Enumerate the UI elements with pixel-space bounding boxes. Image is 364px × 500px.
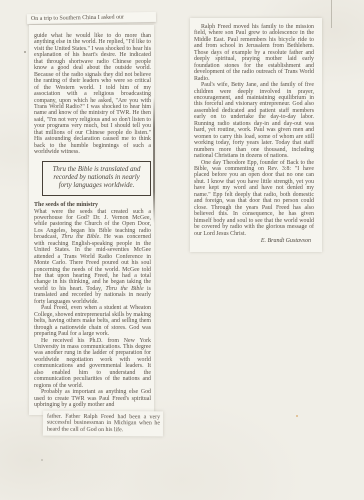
paragraph-staff: Paul's wife, Betty Jane, and the family … (194, 82, 314, 159)
paragraph-seeds: What were the seeds that created such a … (34, 209, 151, 306)
section-heading: The seeds of the ministry (34, 202, 151, 209)
paragraph-epp: One day Theodore Epp, founder of Back to… (194, 160, 314, 237)
paper-speck (296, 415, 298, 417)
paper-speck (41, 459, 43, 461)
clipping-torn-edge (153, 97, 155, 223)
pull-quote-box: Thru the Bible is translated and recorde… (42, 161, 151, 196)
author-byline: E. Brandt Gustavson (194, 238, 311, 244)
lead-line: On a trip to Southern China I asked our (31, 14, 153, 23)
left-column-clipping: guide what he would like to do more than… (29, 25, 154, 415)
page-edge-line (331, 0, 332, 28)
pull-quote-text: Thru the Bible is translated and recorde… (46, 166, 147, 191)
paragraph-family: Ralph Freed moved his family to the miss… (194, 24, 314, 82)
paragraph-wheaton: Paul Freed, even when a student at Wheat… (34, 305, 151, 337)
paper-speck (34, 270, 35, 274)
paragraph-father: father. Father Ralph Freed had been a ve… (47, 414, 160, 434)
left-column-footer-strip: father. Father Ralph Freed had been a ve… (43, 411, 163, 437)
paper-speck (24, 51, 26, 53)
right-column-clipping: Ralph Freed moved his family to the miss… (190, 18, 322, 252)
paragraph-intro: guide what he would like to do more than… (34, 33, 151, 156)
paragraph-phd: He received his Ph.D. from New York Univ… (34, 338, 151, 390)
clipping-lead-strip: On a trip to Southern China I asked our (27, 12, 156, 25)
scanned-page: On a trip to Southern China I asked our … (0, 0, 364, 500)
paragraph-upbringing: Probably as important as anything else G… (34, 389, 151, 408)
